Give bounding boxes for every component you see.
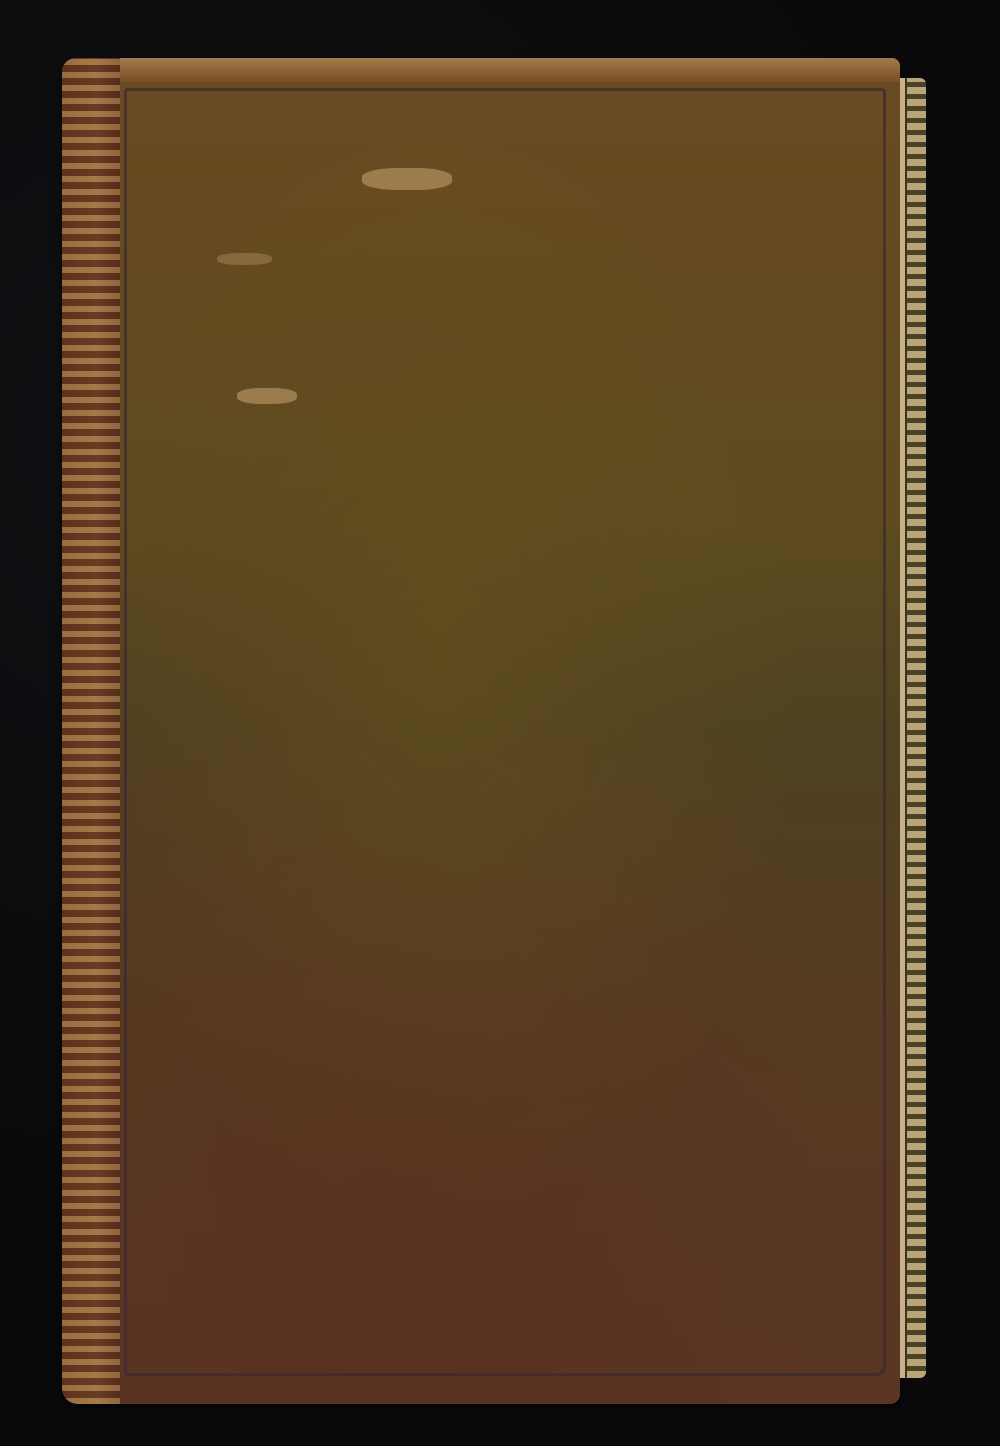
worn-top-edge: [62, 58, 900, 82]
blind-tooled-border: [124, 88, 886, 1376]
book-cover: [62, 58, 900, 1404]
spine-edge: [62, 58, 120, 1404]
wear-mark: [237, 388, 297, 404]
wear-mark: [362, 168, 452, 190]
wear-mark: [217, 253, 272, 265]
page-edges: [900, 78, 926, 1378]
